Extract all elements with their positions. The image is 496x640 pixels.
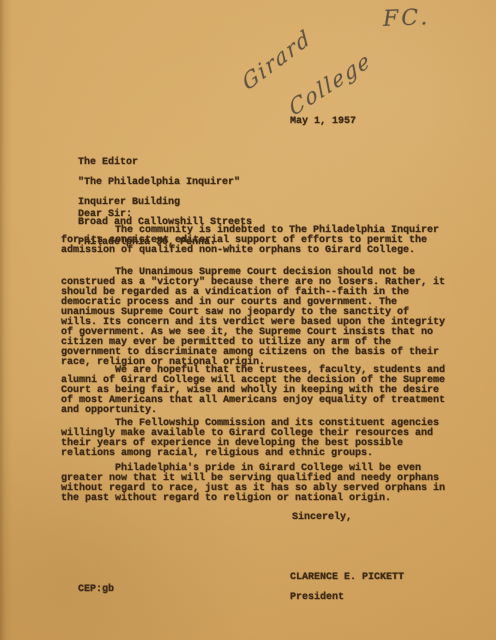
closing: Sincerely, [292,513,352,523]
signature-title: President [290,593,404,603]
recipient-line: "The Philadelphia Inquirer" [78,178,252,188]
typist-initials: CEP:gb [78,585,114,595]
letter-paragraph: We are hopeful that the trustees, facult… [61,366,449,416]
handwritten-note-girard: Girard [239,24,314,95]
letter-paragraph: The community is indebted to The Philade… [61,226,449,256]
letter-paragraph: Philadelphia's pride in Girard College w… [61,464,449,504]
handwritten-note-college: College [286,47,374,121]
signature-name: CLARENCE E. PICKETT [290,573,404,583]
salutation: Dear Sir: [78,210,132,220]
recipient-line: The Editor [78,158,252,168]
letter-paragraph: The Fellowship Commission and its consti… [61,419,449,459]
handwritten-corner-note: FC. [383,5,431,32]
letter-page: FC. Girard College May 1, 1957 The Edito… [0,0,496,640]
letter-paragraph: The Unanimous Supreme Court decision sho… [61,268,449,368]
signature-block: CLARENCE E. PICKETT President [290,563,404,613]
letter-date: May 1, 1957 [290,117,356,127]
recipient-line: Inquirer Building [78,198,252,208]
